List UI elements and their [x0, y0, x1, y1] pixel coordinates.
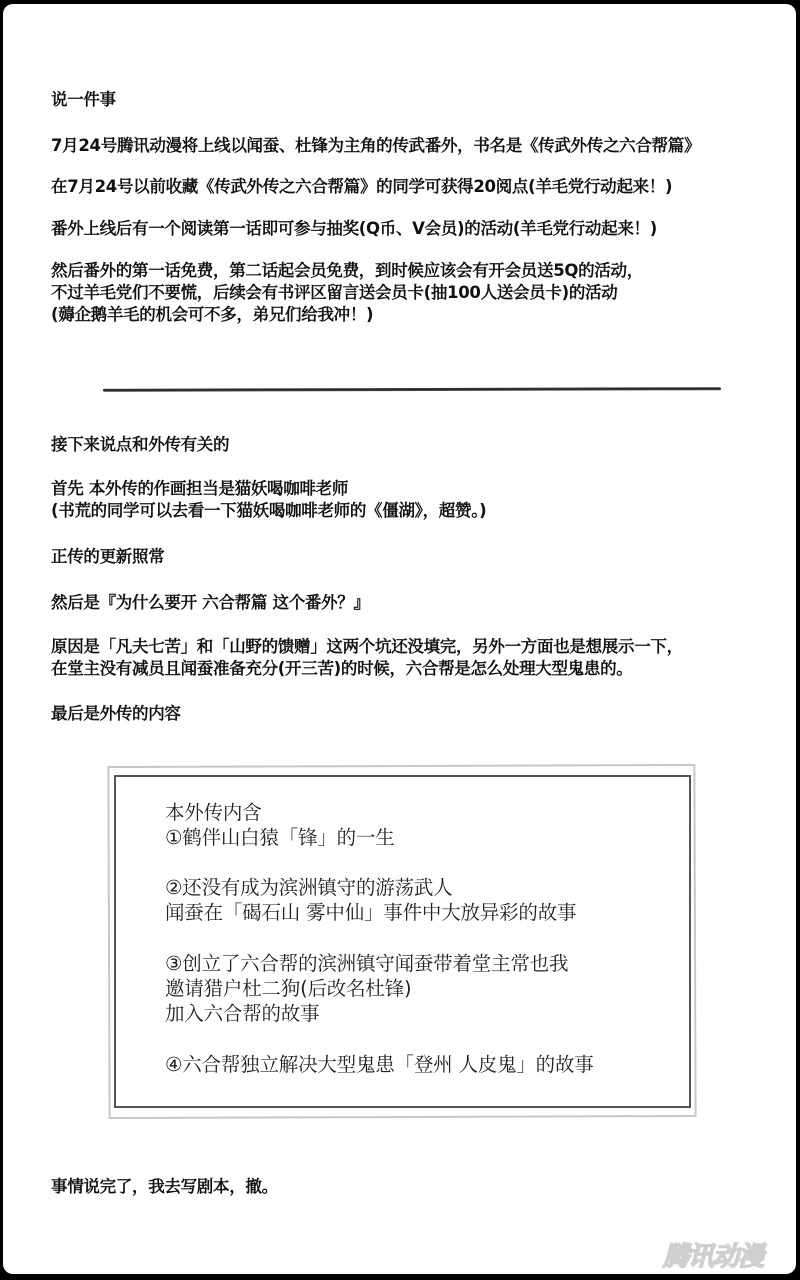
section2-paragraph-artist-line2: (书荒的同学可以去看一下猫妖喝咖啡老师的《僵湖》，超赞。): [51, 500, 486, 522]
section1-paragraph-lottery: 番外上线后有一个阅读第一话即可参与抽奖(Q币、V会员)的活动(羊毛党行动起来！): [51, 218, 657, 240]
section-divider: [103, 387, 721, 392]
section2-heading: 接下来说点和外传有关的: [51, 434, 229, 456]
tencent-comics-watermark-logo: 腾讯动漫: [663, 1236, 763, 1273]
section1-paragraph-free-line1: 然后番外的第一话免费，第二话起会员免费，到时候应该会有开会员送5Q的活动，: [51, 260, 643, 282]
closing-line: 事情说完了，我去写剧本，撤。: [51, 1176, 278, 1198]
section1-paragraph-free-line2: 不过羊毛党们不要慌，后续会有书评区留言送会员卡(抽100人送会员卡)的活动: [51, 282, 617, 304]
content-box-item-1: ①鹤伴山白猿「锋」的一生: [165, 826, 395, 850]
section2-paragraph-content-intro: 最后是外传的内容: [51, 703, 181, 725]
content-box-title: 本外传内含: [165, 801, 262, 825]
section2-paragraph-why-heading: 然后是『为什么要开 六合帮篇 这个番外？』: [51, 592, 370, 614]
section1-paragraph-free-line3: (薅企鹅羊毛的机会可不多，弟兄们给我冲！): [51, 304, 373, 326]
section1-heading: 说一件事: [51, 89, 116, 111]
section1-paragraph-release: 7月24号腾讯动漫将上线以闻蚕、杜锋为主角的传武番外，书名是《传武外传之六合帮篇…: [51, 135, 700, 157]
content-box-item-3-line2: 邀请猎户杜二狗(后改名杜锋): [165, 977, 411, 1001]
content-box-item-3-line3: 加入六合帮的故事: [165, 1002, 319, 1026]
content-box-item-2-line1: ②还没有成为滨洲镇守的游荡武人: [165, 876, 452, 900]
content-box-item-3-line1: ③创立了六合帮的滨洲镇守闻蚕带着堂主常也我: [165, 952, 568, 976]
content-box-item-4: ④六合帮独立解决大型鬼患「登州 人皮鬼」的故事: [165, 1053, 594, 1077]
content-box-item-2-line2: 闻蚕在「碣石山 雾中仙」事件中大放异彩的故事: [165, 901, 576, 925]
section2-paragraph-artist-line1: 首先 本外传的作画担当是猫妖喝咖啡老师: [51, 478, 348, 500]
section2-paragraph-main-update: 正传的更新照常: [51, 546, 164, 568]
section2-paragraph-reason-line2: 在堂主没有减员且闻蚕准备充分(开三苦)的时候，六合帮是怎么处理大型鬼患的。: [51, 658, 632, 680]
announcement-page: 说一件事 7月24号腾讯动漫将上线以闻蚕、杜锋为主角的传武番外，书名是《传武外传…: [3, 4, 796, 1274]
section2-paragraph-reason-line1: 原因是「凡夫七苦」和「山野的馈赠」这两个坑还没填完，另外一方面也是想展示一下，: [51, 636, 683, 658]
section1-paragraph-bookmark-reward: 在7月24号以前收藏《传武外传之六合帮篇》的同学可获得20阅点(羊毛党行动起来！…: [51, 176, 672, 198]
